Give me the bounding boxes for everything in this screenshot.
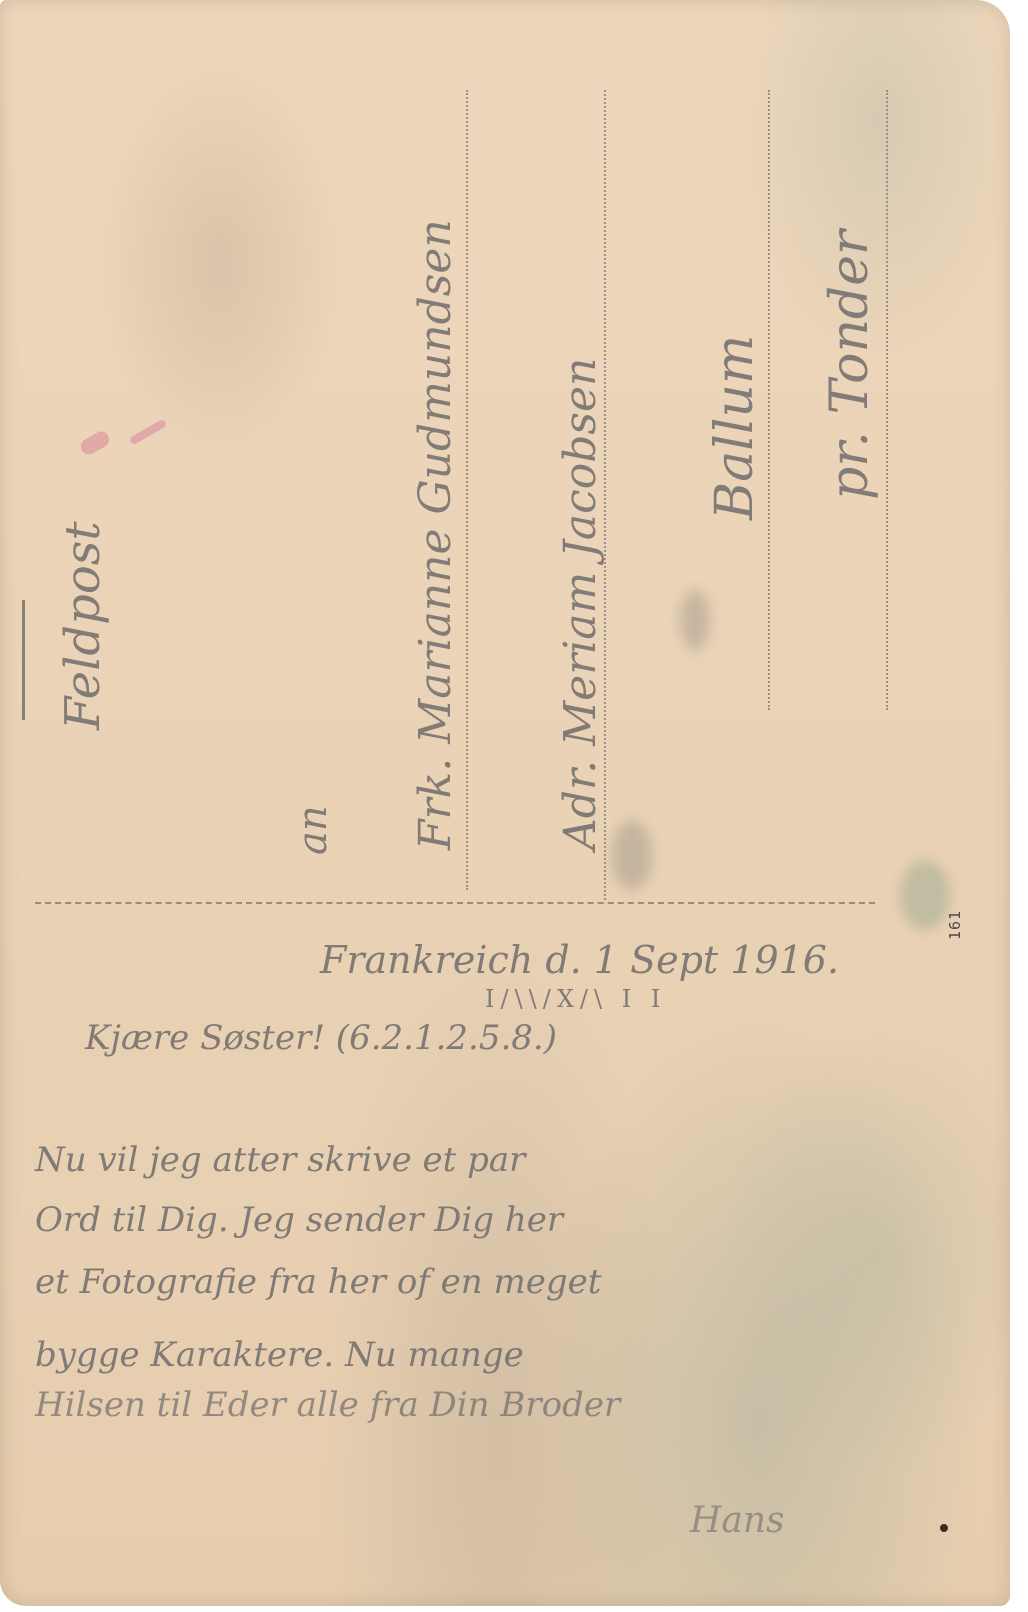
smudge [612, 820, 652, 890]
smudge [680, 590, 710, 650]
postcard-back: Feldpost an Frk. Marianne Gudmundsen Adr… [0, 0, 1010, 1606]
address-line-2: Adr. Meriam Jacobsen [555, 358, 606, 850]
paper-speck [940, 1524, 948, 1532]
address-guide-line-4 [886, 90, 888, 710]
stamp-residue [78, 429, 112, 458]
address-line-1: Frk. Marianne Gudmundsen [410, 219, 461, 850]
message-line-1: Nu vil jeg atter skrive et par [35, 1140, 525, 1180]
stamp-residue [129, 419, 168, 446]
feldpost-underline [22, 600, 25, 720]
smudge [900, 860, 950, 930]
address-line-4: pr. Tonder [820, 230, 880, 500]
feldpost-label: Feldpost [55, 521, 111, 730]
message-line-5: Hilsen til Eder alle fra Din Broder [35, 1385, 620, 1425]
message-place-date: Frankreich d. 1 Sept 1916. [320, 938, 839, 982]
divider-line [35, 902, 875, 904]
message-line-2: Ord til Dig. Jeg sender Dig her [35, 1200, 563, 1240]
address-prefix: an [290, 805, 336, 855]
address-line-3: Ballum [705, 335, 765, 520]
printed-number: 161 [946, 910, 964, 940]
message-line-4: bygge Karaktere. Nu mange [35, 1335, 524, 1375]
message-tally-marks: I/\\/X/\ I I [485, 985, 666, 1013]
address-guide-line-1 [466, 90, 468, 890]
message-salutation: Kjære Søster! (6.2.1.2.5.8.) [85, 1018, 557, 1058]
message-signature: Hans [690, 1500, 785, 1541]
message-line-3: et Fotografie fra her of en meget [35, 1262, 601, 1302]
address-guide-line-3 [768, 90, 770, 710]
